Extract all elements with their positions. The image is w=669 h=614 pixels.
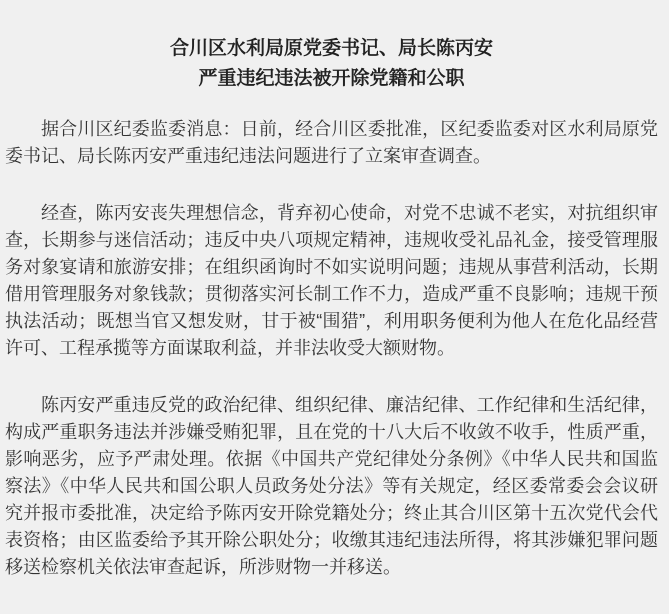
article-title-line-1: 合川区水利局原党委书记、局长陈丙安 [5,34,658,64]
paragraph-punishment-decision: 陈丙安严重违反党的政治纪律、组织纪律、廉洁纪律、工作纪律和生活纪律，构成严重职务… [5,392,658,581]
announcement-article: 合川区水利局原党委书记、局长陈丙安 严重违纪违法被开除党籍和公职 据合川区纪委监… [0,34,669,581]
page-background: { "page": { "background_color": "#f0f0f0… [0,0,669,614]
article-title-line-2: 严重违纪违法被开除党籍和公职 [5,64,658,94]
paragraph-investigation-findings: 经查，陈丙安丧失理想信念，背弃初心使命，对党不忠诚不老实，对抗组织审查，长期参与… [5,200,658,362]
paragraph-case-filing: 据合川区纪委监委消息：日前，经合川区委批准，区纪委监委对区水利局原党委书记、局长… [5,116,658,170]
article-title: 合川区水利局原党委书记、局长陈丙安 严重违纪违法被开除党籍和公职 [5,34,658,94]
